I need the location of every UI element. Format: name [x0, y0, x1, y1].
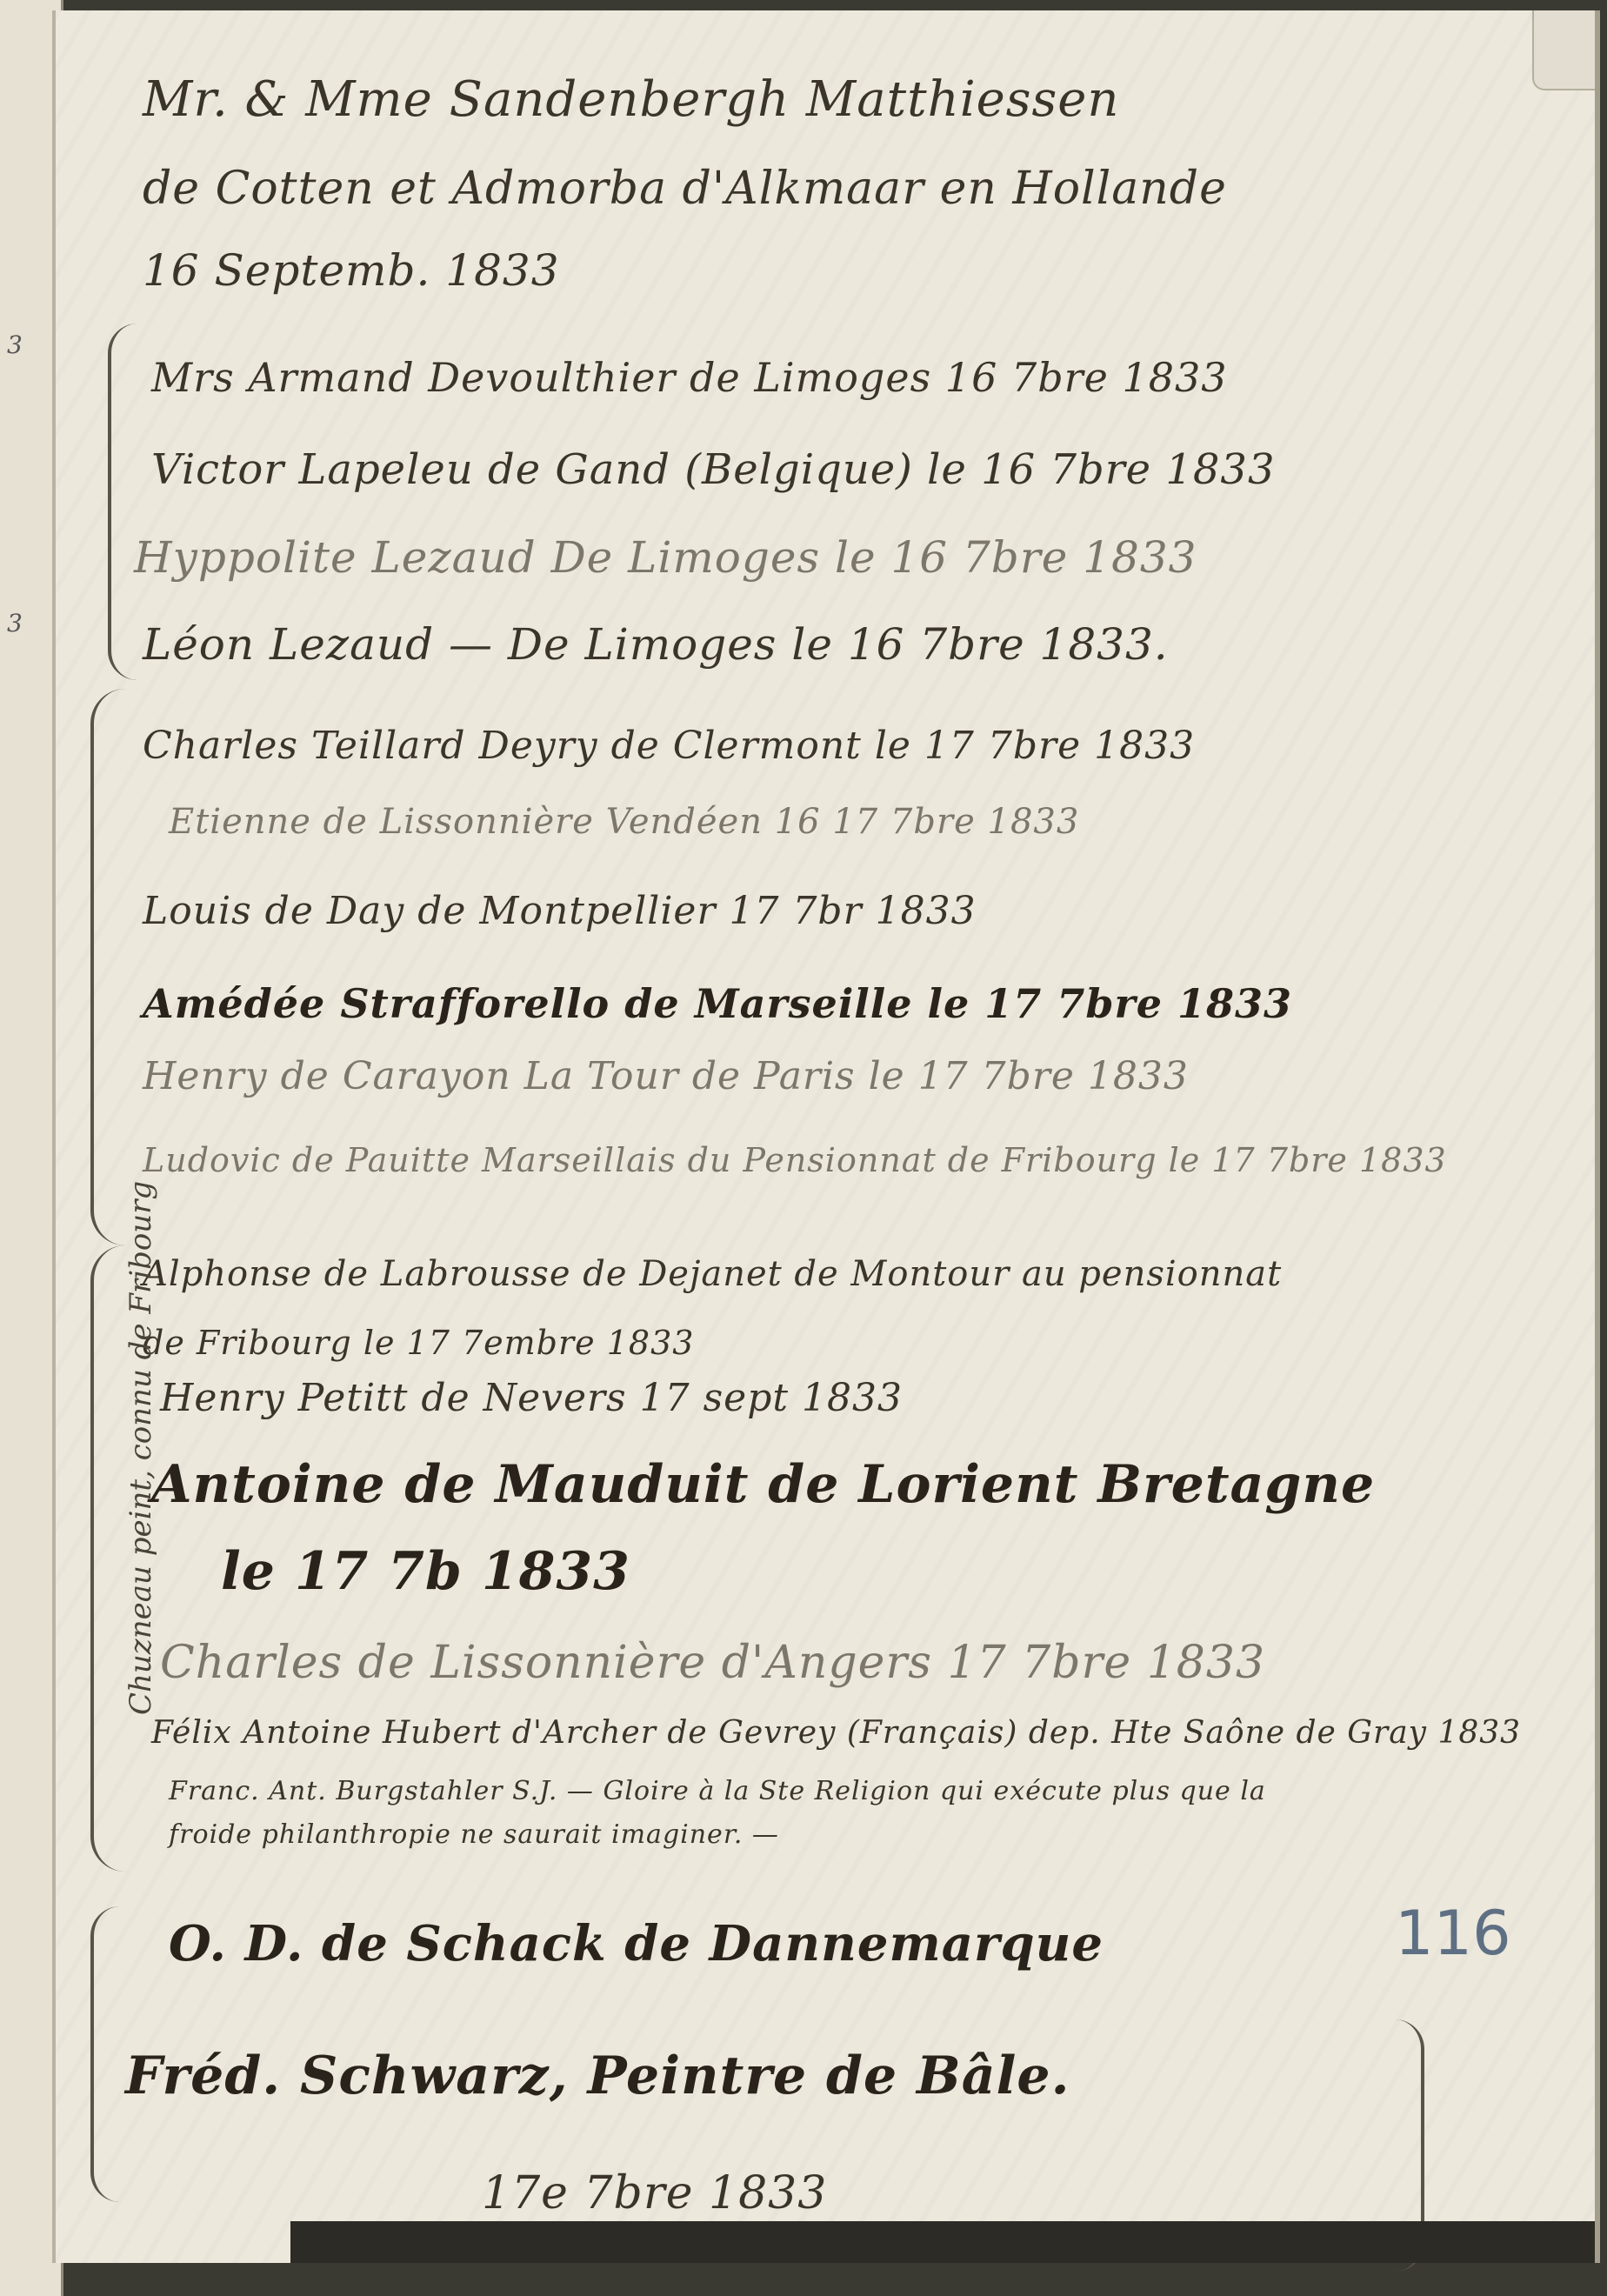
entry-line: 17e 7bre 1833 [482, 2167, 827, 2219]
entry-line: O. D. de Schack de Dannemarque [169, 1915, 1104, 1972]
entry-line: Mrs Armand Devoulthier de Limoges 16 7br… [151, 354, 1228, 401]
left-brace-group-1 [108, 324, 137, 680]
entry-line: Léon Lezaud — De Limoges le 16 7bre 1833… [143, 619, 1169, 670]
entry-line: Hyppolite Lezaud De Limoges le 16 7bre 1… [134, 532, 1197, 583]
left-page-fragment: 3 [7, 330, 23, 359]
entry-line: Antoine de Mauduit de Lorient Bretagne [151, 1454, 1375, 1515]
header-line-1: Mr. & Mme Sandenbergh Matthiessen [143, 71, 1119, 128]
entry-line: Louis de Day de Montpellier 17 7br 1833 [143, 889, 977, 933]
folio-number: 116 [1395, 1898, 1511, 1969]
entry-line: Ludovic de Pauitte Marseillais du Pensio… [143, 1141, 1447, 1179]
folded-corner [1532, 10, 1595, 90]
entry-line: Henry Petitt de Nevers 17 sept 1833 [160, 1376, 903, 1420]
header-line-2: de Cotten et Admorba d'Alkmaar en Hollan… [143, 163, 1227, 215]
entry-line: Félix Antoine Hubert d'Archer de Gevrey … [151, 1715, 1521, 1751]
binding-edge [290, 2221, 1595, 2263]
left-brace-group-2-upper [90, 689, 129, 1245]
entry-line: Fréd. Schwarz, Peintre de Bâle. [125, 2046, 1070, 2106]
entry-line: Charles Teillard Deyry de Clermont le 17… [143, 724, 1195, 768]
left-page-fragment: 3 [7, 609, 23, 637]
entry-line: Charles de Lissonnière d'Angers 17 7bre … [160, 1637, 1265, 1689]
entry-line: Henry de Carayon La Tour de Paris le 17 … [143, 1054, 1189, 1098]
entry-line: froide philanthropie ne saurait imaginer… [169, 1819, 779, 1850]
entry-line: Franc. Ant. Burgstahler S.J. — Gloire à … [169, 1776, 1266, 1806]
entry-line: Alphonse de Labrousse de Dejanet de Mont… [143, 1254, 1282, 1294]
left-brace-group-3 [90, 1906, 120, 2202]
entry-line: de Fribourg le 17 7embre 1833 [143, 1324, 694, 1362]
entry-line: Amédée Strafforello de Marseille le 17 7… [143, 980, 1292, 1027]
register-page: Mr. & Mme Sandenbergh Matthiessen de Cot… [52, 10, 1600, 2263]
entry-line: Etienne de Lissonnière Vendéen 16 17 7br… [169, 802, 1079, 842]
header-line-3: 16 Septemb. 1833 [143, 245, 560, 296]
entry-line: le 17 7b 1833 [221, 1541, 630, 1602]
entry-line: Victor Lapeleu de Gand (Belgique) le 16 … [151, 445, 1276, 494]
margin-note-vertical: Chuzneau peint, connu de Fribourg [123, 1181, 158, 1715]
